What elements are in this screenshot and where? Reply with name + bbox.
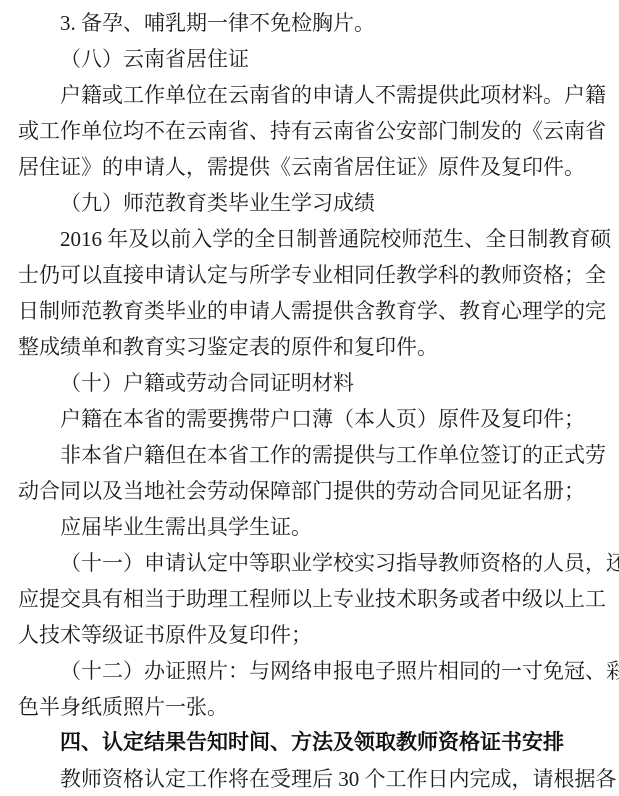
document-line: 日制师范教育类毕业的申请人需提供含教育学、教育心理学的完 [18, 293, 603, 329]
document-line: 色半身纸质照片一张。 [18, 689, 603, 725]
document-line: 2016 年及以前入学的全日制普通院校师范生、全日制教育硕 [18, 221, 603, 257]
document-line: 3. 备孕、哺乳期一律不免检胸片。 [18, 5, 603, 41]
document-line: 户籍或工作单位在云南省的申请人不需提供此项材料。户籍 [18, 77, 603, 113]
document-page: 3. 备孕、哺乳期一律不免检胸片。（八）云南省居住证户籍或工作单位在云南省的申请… [0, 0, 619, 796]
document-line: （八）云南省居住证 [18, 41, 603, 77]
document-line: 应提交具有相当于助理工程师以上专业技术职务或者中级以上工 [18, 581, 603, 617]
document-line: （十一）申请认定中等职业学校实习指导教师资格的人员，还 [18, 545, 603, 581]
document-line: 动合同以及当地社会劳动保障部门提供的劳动合同见证名册； [18, 473, 603, 509]
document-line: 整成绩单和教育实习鉴定表的原件和复印件。 [18, 329, 603, 365]
document-line: （十二）办证照片：与网络申报电子照片相同的一寸免冠、彩 [18, 653, 603, 689]
document-line: （九）师范教育类毕业生学习成绩 [18, 185, 603, 221]
document-line: 户籍在本省的需要携带户口薄（本人页）原件及复印件； [18, 401, 603, 437]
document-body: 3. 备孕、哺乳期一律不免检胸片。（八）云南省居住证户籍或工作单位在云南省的申请… [0, 0, 619, 796]
document-line: 应届毕业生需出具学生证。 [18, 509, 603, 545]
section-heading: 四、认定结果告知时间、方法及领取教师资格证书安排 [18, 725, 603, 761]
document-line: 教师资格认定工作将在受理后 30 个工作日内完成，请根据各 [18, 761, 603, 796]
document-line: 或工作单位均不在云南省、持有云南省公安部门制发的《云南省 [18, 113, 603, 149]
document-line: 人技术等级证书原件及复印件； [18, 617, 603, 653]
document-line: 居住证》的申请人，需提供《云南省居住证》原件及复印件。 [18, 149, 603, 185]
document-line: （十）户籍或劳动合同证明材料 [18, 365, 603, 401]
document-line: 非本省户籍但在本省工作的需提供与工作单位签订的正式劳 [18, 437, 603, 473]
document-line: 士仍可以直接申请认定与所学专业相同任教学科的教师资格；全 [18, 257, 603, 293]
